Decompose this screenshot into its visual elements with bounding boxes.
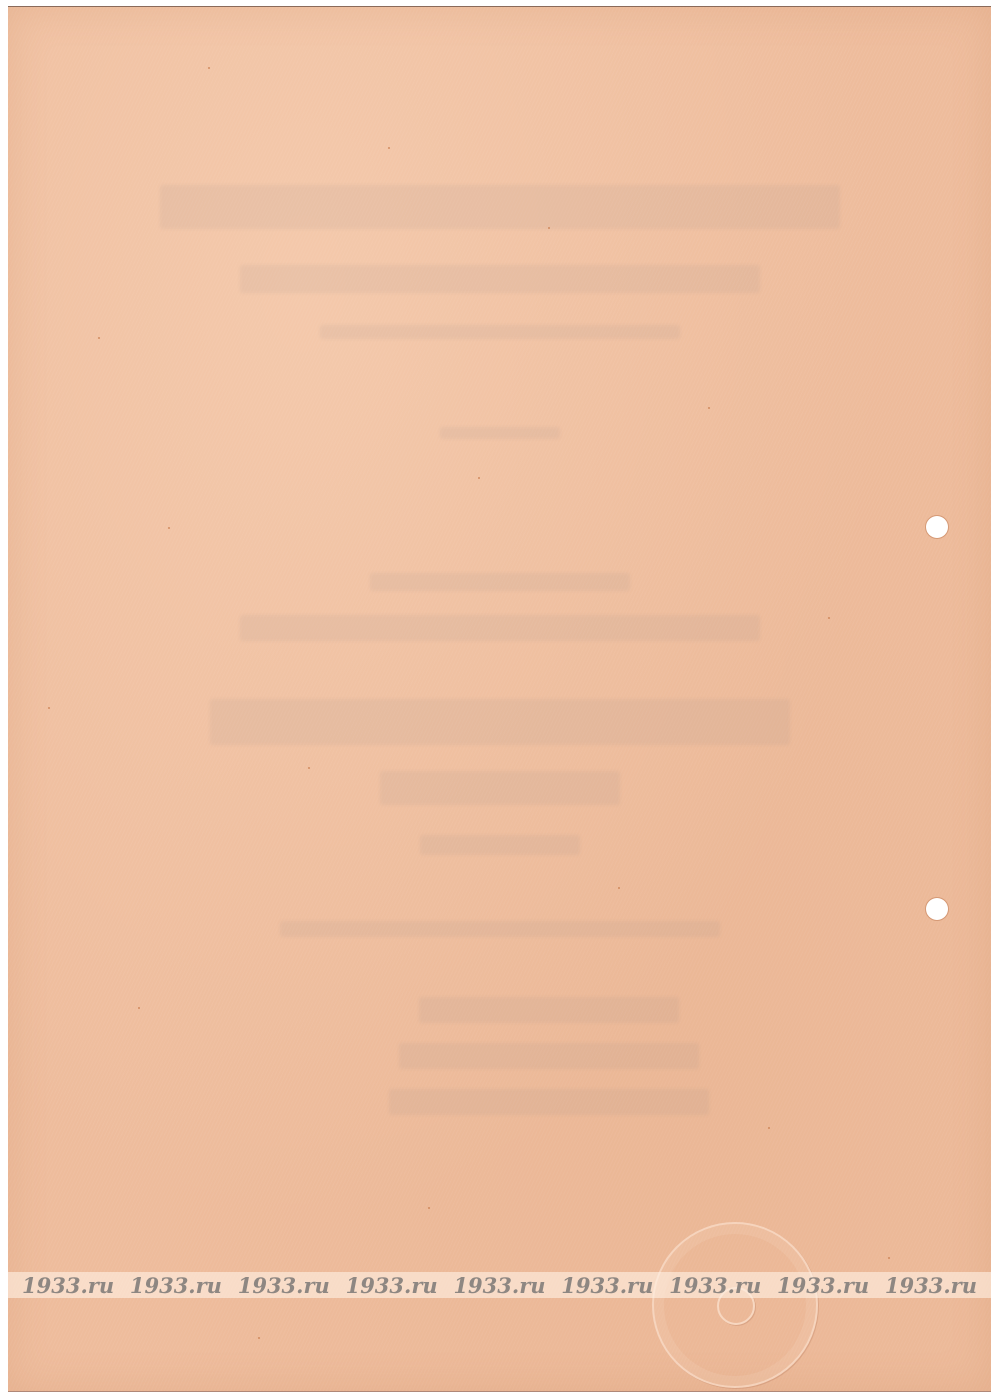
- show-through-signature: [389, 1089, 709, 1115]
- watermark-text: 1933.ru: [777, 1273, 869, 1298]
- watermark-text: 1933.ru: [453, 1273, 545, 1298]
- show-through-line: [240, 265, 760, 293]
- watermark-text: 1933.ru: [669, 1273, 761, 1298]
- watermark-text: 1933.ru: [561, 1273, 653, 1298]
- show-through-signature: [399, 1043, 699, 1069]
- show-through-line: [240, 615, 760, 641]
- watermark-strip: 1933.ru 1933.ru 1933.ru 1933.ru 1933.ru …: [8, 1272, 991, 1298]
- show-through-line: [420, 835, 580, 855]
- show-through-title: [210, 699, 790, 745]
- show-through-heading: [160, 185, 840, 229]
- document-paper: [8, 6, 991, 1392]
- watermark-text: 1933.ru: [130, 1273, 222, 1298]
- show-through-line: [380, 771, 620, 805]
- watermark-text: 1933.ru: [885, 1273, 977, 1298]
- show-through-signature: [419, 997, 679, 1023]
- punch-hole-top: [926, 516, 948, 538]
- show-through-line: [320, 325, 680, 339]
- show-through-line: [370, 573, 630, 591]
- watermark-text: 1933.ru: [22, 1273, 114, 1298]
- watermark-text: 1933.ru: [346, 1273, 438, 1298]
- show-through-line: [440, 427, 560, 439]
- embossed-seal: [652, 1222, 818, 1388]
- show-through-line: [280, 921, 720, 937]
- punch-hole-bottom: [926, 898, 948, 920]
- watermark-text: 1933.ru: [238, 1273, 330, 1298]
